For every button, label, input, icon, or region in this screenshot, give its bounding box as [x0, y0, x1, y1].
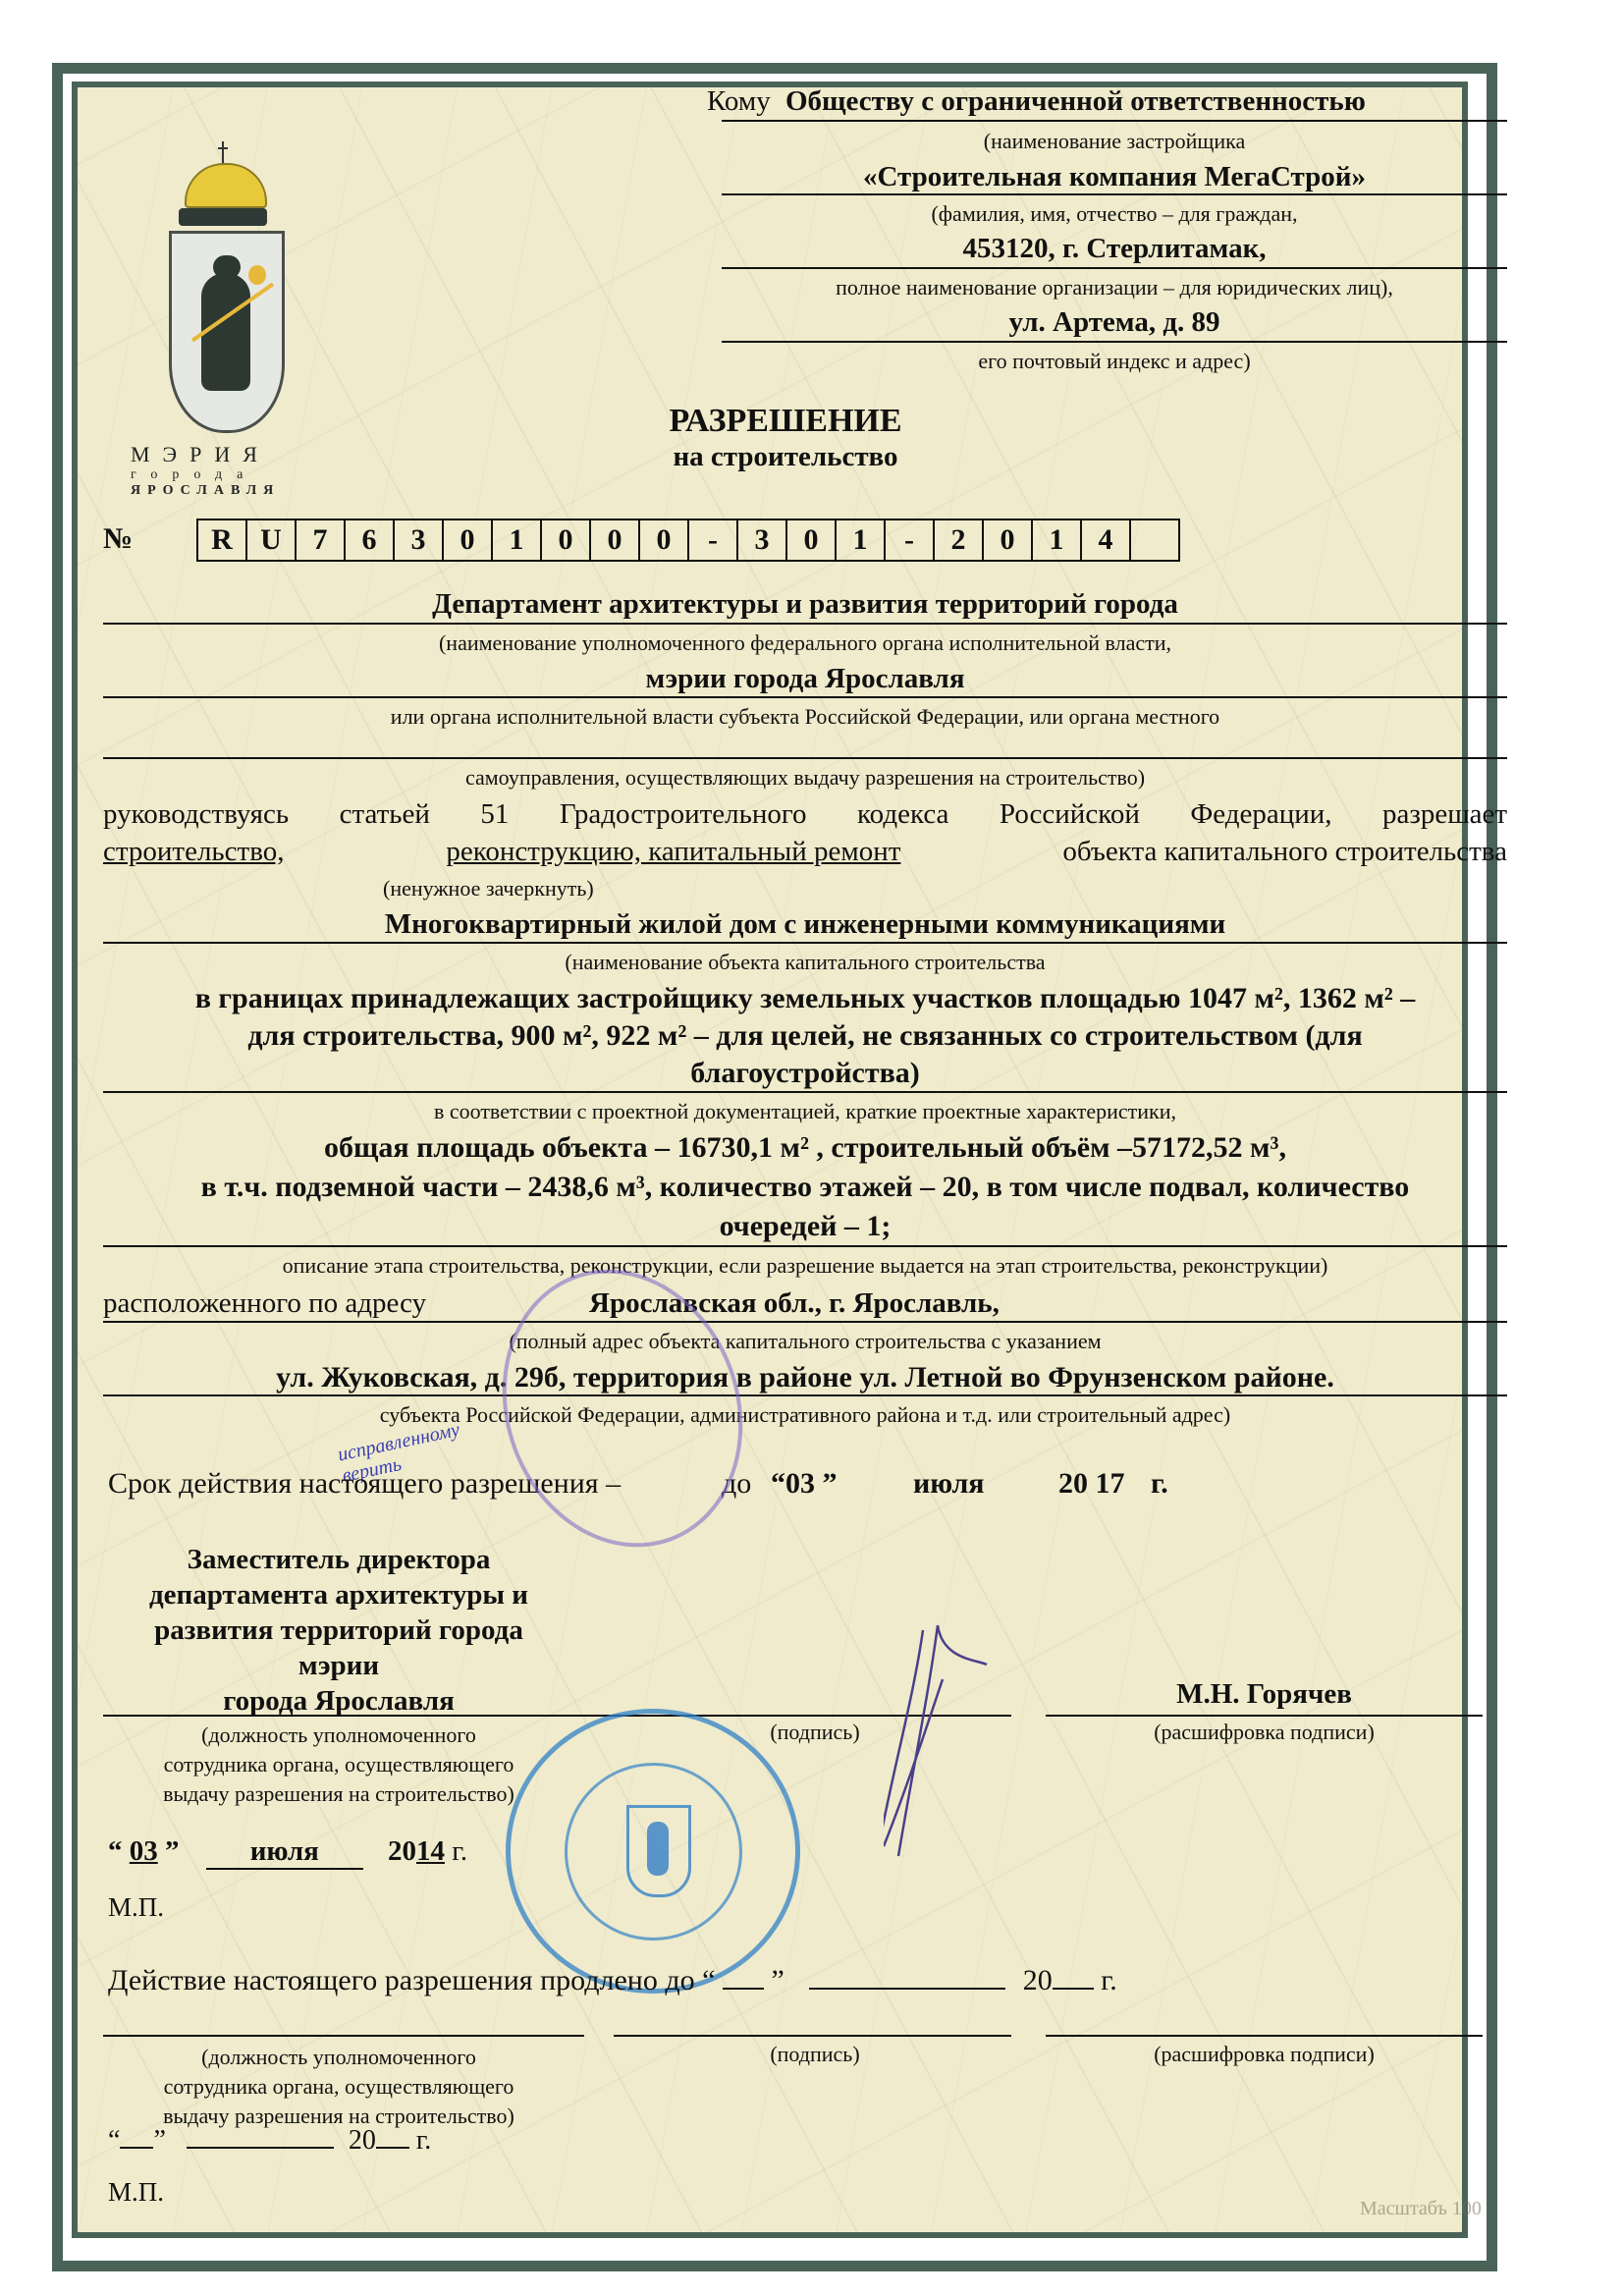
ext-date-open-quote: “ — [108, 2125, 120, 2156]
addressee-address-line2: ул. Артема, д. 89 — [722, 307, 1507, 339]
extension-year-field[interactable] — [1053, 1988, 1094, 1990]
text-line: Заместитель директора — [103, 1542, 574, 1577]
permit-number-char: 0 — [591, 520, 640, 560]
characteristics-line2: в т.ч. подземной части – 2438,6 м³, коли… — [103, 1171, 1507, 1203]
permit-number-char: 6 — [346, 520, 395, 560]
permission-clause-line2: строительство, реконструкцию, капитальны… — [103, 837, 1507, 868]
permit-number-char: 2 — [935, 520, 984, 560]
permit-number-char: 3 — [395, 520, 444, 560]
permit-number-char: 1 — [493, 520, 542, 560]
permit-number-char: 0 — [984, 520, 1033, 560]
seal-inner-ring — [565, 1763, 742, 1941]
permit-number-char: 0 — [444, 520, 493, 560]
text-line: (должность уполномоченного — [103, 1721, 574, 1750]
addressee-line1: Кому Обществу с ограниченной ответственн… — [707, 86, 1366, 118]
signature-line-position — [103, 1715, 1011, 1717]
extension-line-position — [103, 2035, 584, 2037]
extension-month-field[interactable] — [809, 1988, 1005, 1990]
department-seal-stamp — [506, 1709, 800, 1994]
crown-band — [179, 208, 267, 226]
issue-day: 03 — [130, 1835, 158, 1867]
hint-name-decoding: (расшифровка подписи) — [1046, 1721, 1483, 1744]
validity-day: “03 ” — [771, 1467, 838, 1500]
document-title: РАЗРЕШЕНИЕ — [589, 403, 982, 439]
construction-type-struck: реконструкцию, капитальный ремонт — [446, 837, 900, 868]
extension-date: “” 20 г. — [108, 2126, 431, 2157]
text-line: развития территорий города — [103, 1613, 574, 1648]
hint-extension-position: (должность уполномоченногосотрудника орг… — [103, 2043, 574, 2131]
issuer-name-line2: мэрии города Ярославля — [103, 664, 1507, 695]
text-line: города Ярославля — [103, 1683, 574, 1719]
permit-number-char — [1131, 520, 1178, 560]
axe-head-icon — [248, 265, 266, 285]
permit-number-char: 0 — [787, 520, 837, 560]
hint-signatory-position: (должность уполномоченногосотрудника орг… — [103, 1721, 574, 1809]
seal-shield-icon — [626, 1805, 691, 1897]
characteristics-line1: общая площадь объекта – 16730,1 м² , стр… — [103, 1131, 1507, 1164]
text-line: выдачу разрешения на строительство) — [103, 1779, 574, 1809]
hint-extension-signature: (подпись) — [687, 2043, 943, 2066]
seal-place-label: М.П. — [108, 1893, 164, 1923]
meria-line2: города — [131, 467, 317, 483]
extension-label: Действие настоящего разрешения продлено … — [108, 1964, 715, 1996]
seal-bear-icon — [647, 1822, 669, 1876]
underline — [103, 942, 1507, 944]
extension-year-g: г. — [1101, 1964, 1116, 1996]
hint-full-address: (полный адрес объекта капитального строи… — [103, 1330, 1507, 1353]
extension-day-field[interactable] — [723, 1988, 764, 1990]
ext-date-year-field[interactable] — [376, 2147, 409, 2149]
addressee-org-line2: «Строительная компания МегаСтрой» — [722, 162, 1507, 193]
underline — [103, 1394, 1507, 1396]
issue-year-suffix: 14 — [416, 1835, 445, 1867]
permit-number-boxes: RU76301000-301-2014 — [196, 519, 1180, 562]
signatory-position: Заместитель директорадепартамента архите… — [103, 1542, 574, 1719]
hint-object-name: (наименование объекта капитального строи… — [103, 951, 1507, 974]
crown-icon — [185, 163, 267, 208]
extension-line: Действие настоящего разрешения продлено … — [108, 1964, 1117, 1996]
hint-org-name: полное наименование организации – для юр… — [722, 276, 1507, 300]
permit-number-char: U — [247, 520, 297, 560]
text-line: сотрудника органа, осуществляющего — [103, 2072, 574, 2102]
issue-month: июля — [206, 1836, 363, 1870]
addressee-org-line1: Обществу с ограниченной ответственностью — [785, 85, 1366, 117]
object-capital-construction: объекта капитального строительства — [1062, 837, 1507, 868]
permit-number-char: 1 — [837, 520, 886, 560]
underline — [103, 1091, 1507, 1093]
document-subtitle: на строительство — [589, 442, 982, 473]
validity-suffix: г. — [1151, 1467, 1168, 1500]
hint-extension-name: (расшифровка подписи) — [1046, 2043, 1483, 2066]
signature-line-name — [1046, 1715, 1483, 1717]
ext-date-g: г. — [416, 2125, 431, 2156]
date-close-quote: ” — [165, 1835, 180, 1867]
permit-number-char: 3 — [738, 520, 787, 560]
signature-handwritten — [884, 1620, 1021, 1866]
permission-clause-line1: руководствуясь статьей 51 Градостроитель… — [103, 799, 1507, 831]
permit-number-char: 1 — [1033, 520, 1082, 560]
land-plots-line3: благоустройства) — [103, 1057, 1507, 1089]
extension-seal-place: М.П. — [108, 2178, 164, 2208]
text-line: мэрии — [103, 1648, 574, 1683]
hint-strike-out: (ненужное зачеркнуть) — [383, 877, 594, 901]
hint-regional-authority: или органа исполнительной власти субъект… — [103, 705, 1507, 729]
underline — [722, 267, 1507, 269]
hint-authority: (наименование уполномоченного федерально… — [103, 631, 1507, 655]
underline — [103, 1321, 1507, 1323]
hint-construction-stage: описание этапа строительства, реконструк… — [103, 1254, 1507, 1278]
permit-number-char: 7 — [297, 520, 346, 560]
hint-local-authority: самоуправления, осуществляющих выдачу ра… — [103, 766, 1507, 790]
permit-number-char: 0 — [542, 520, 591, 560]
underline — [103, 757, 1507, 759]
text-line: сотрудника органа, осуществляющего — [103, 1750, 574, 1779]
hint-citizen-name: (фамилия, имя, отчество – для граждан, — [722, 202, 1507, 226]
cross-icon — [218, 141, 228, 163]
underline — [103, 1245, 1507, 1247]
meria-line1: МЭРИЯ — [131, 442, 317, 467]
permit-number-char: 0 — [640, 520, 689, 560]
permit-number-char: - — [886, 520, 935, 560]
extension-line-name — [1046, 2035, 1483, 2037]
signatory-name: М.Н. Горячев — [1046, 1679, 1483, 1711]
ext-date-day-field[interactable] — [120, 2147, 153, 2149]
addressee-address-line1: 453120, г. Стерлитамак, — [722, 234, 1507, 265]
map-scale-watermark: Масштабъ 100 — [1360, 2198, 1482, 2219]
permit-number-char: 4 — [1082, 520, 1131, 560]
date-open-quote: “ — [108, 1835, 123, 1867]
underline — [103, 623, 1507, 625]
hint-admin-district: субъекта Российской Федерации, администр… — [103, 1403, 1507, 1427]
permit-number-label: № — [103, 522, 133, 555]
permit-number-char: - — [689, 520, 738, 560]
bear-icon — [201, 273, 250, 391]
ext-date-month-field[interactable] — [187, 2147, 334, 2149]
land-plots-line1: в границах принадлежащих застройщику зем… — [103, 982, 1507, 1014]
underline — [722, 193, 1507, 195]
meria-label: МЭРИЯ города ЯРОСЛАВЛЯ — [131, 442, 317, 499]
ext-date-year-prefix: 20 — [349, 2125, 376, 2156]
land-plots-line2: для строительства, 900 м², 922 м² – для … — [103, 1019, 1507, 1052]
issue-date: “ 03 ” июля 2014 г. — [108, 1836, 467, 1870]
meria-line3: ЯРОСЛАВЛЯ — [131, 483, 317, 499]
underline — [103, 696, 1507, 698]
object-name: Многоквартирный жилой дом с инженерными … — [103, 909, 1507, 941]
extension-year-prefix: 20 — [1023, 1964, 1053, 1996]
shield-icon — [169, 231, 285, 433]
location-label: расположенного по адресу — [103, 1288, 426, 1320]
text-line: (должность уполномоченного — [103, 2043, 574, 2072]
underline — [722, 341, 1507, 343]
validity-month: июля — [913, 1467, 985, 1500]
text-line: департамента архитектуры и — [103, 1577, 574, 1613]
construction-type-kept: строительство, — [103, 837, 284, 868]
addressee-prefix: Кому — [707, 85, 771, 117]
ext-date-close-quote: ” — [153, 2125, 165, 2156]
extension-line-signature — [614, 2035, 1011, 2037]
underline — [722, 120, 1507, 122]
characteristics-line3: очередей – 1; — [103, 1210, 1507, 1242]
hint-postal-address: его почтовый индекс и адрес) — [722, 350, 1507, 373]
hint-project-docs: в соответствии с проектной документацией… — [103, 1100, 1507, 1123]
issue-year-g: г. — [452, 1835, 467, 1867]
extension-close-quote: ” — [771, 1964, 784, 1996]
yaroslavl-coat-of-arms-icon — [147, 137, 299, 432]
location-line2: ул. Жуковская, д. 29б, территория в райо… — [103, 1361, 1507, 1394]
issue-year-prefix: 20 — [388, 1835, 416, 1867]
validity-year: 20 17 — [1058, 1467, 1125, 1500]
issuer-name-line1: Департамент архитектуры и развития терри… — [103, 589, 1507, 621]
permit-number-char: R — [198, 520, 247, 560]
hint-developer-name: (наименование застройщика — [722, 130, 1507, 153]
